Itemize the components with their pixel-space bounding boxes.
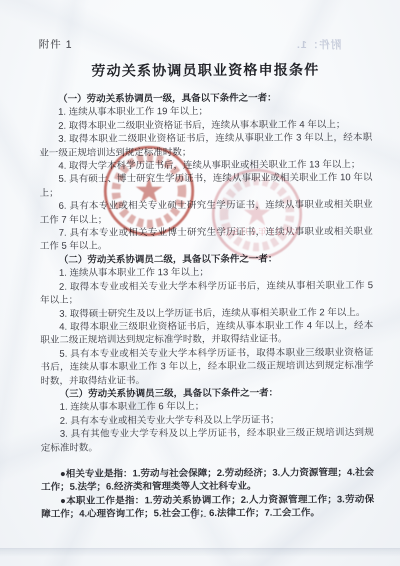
condition-item: 5. 具有硕士、博士研究生学历证书，连续从事职业或相关职业工作 10 年以上； xyxy=(39,172,372,201)
scanned-document-page: 附件 1 劳动关系协调员职业资格申报条件 （一）劳动关系协调员一级，具备以下条件… xyxy=(0,0,400,566)
document-title: 劳动关系协调员职业资格申报条件 xyxy=(39,59,372,81)
document-content: 附件 1 劳动关系协调员职业资格申报条件 （一）劳动关系协调员一级，具备以下条件… xyxy=(39,35,375,521)
condition-item: 2. 取得本专业或相关专业大学本科学历证书后，连续从事相关职业工作 5 年以上； xyxy=(40,279,373,308)
condition-item: 7. 具有本专业或相关专业博士研究生学历证书，连续从事职业或相关职业工作 5 年… xyxy=(40,225,373,254)
condition-item: 6. 具有本专业或相关专业硕士研究生学历证书，连续从事职业或相关职业工作 7 年… xyxy=(40,198,373,227)
page-number: - 6 - xyxy=(0,511,390,522)
attachment-label: 附件 1 xyxy=(39,35,372,52)
condition-item: 4. 取得本职业三级职业资格证书后，连续从事本职业工作 4 年以上，经本职业二级… xyxy=(40,319,373,348)
condition-item: 5. 具有本专业或相关专业大学本科学历证书，取得本职业三级职业资格证书后，连续从… xyxy=(40,346,373,388)
condition-item: 3. 取得本职业二级职业资格证书后，连续从事职业工作 3 年以上，经本职业一级正… xyxy=(39,131,372,160)
condition-item: 3. 具有其他专业大学专科及以上学历证书，经本职业三级正规培训达到规定标准时数。 xyxy=(41,426,374,455)
paper-bottom-edge xyxy=(0,548,400,557)
note-item: ●相关专业是指：1.劳动与社会保障；2.劳动经济；3.人力资源管理；4.社会工作… xyxy=(41,466,374,495)
document-body: （一）劳动关系协调员一级，具备以下条件之一者：1. 连续从事本职业工作 19 年… xyxy=(39,91,374,455)
